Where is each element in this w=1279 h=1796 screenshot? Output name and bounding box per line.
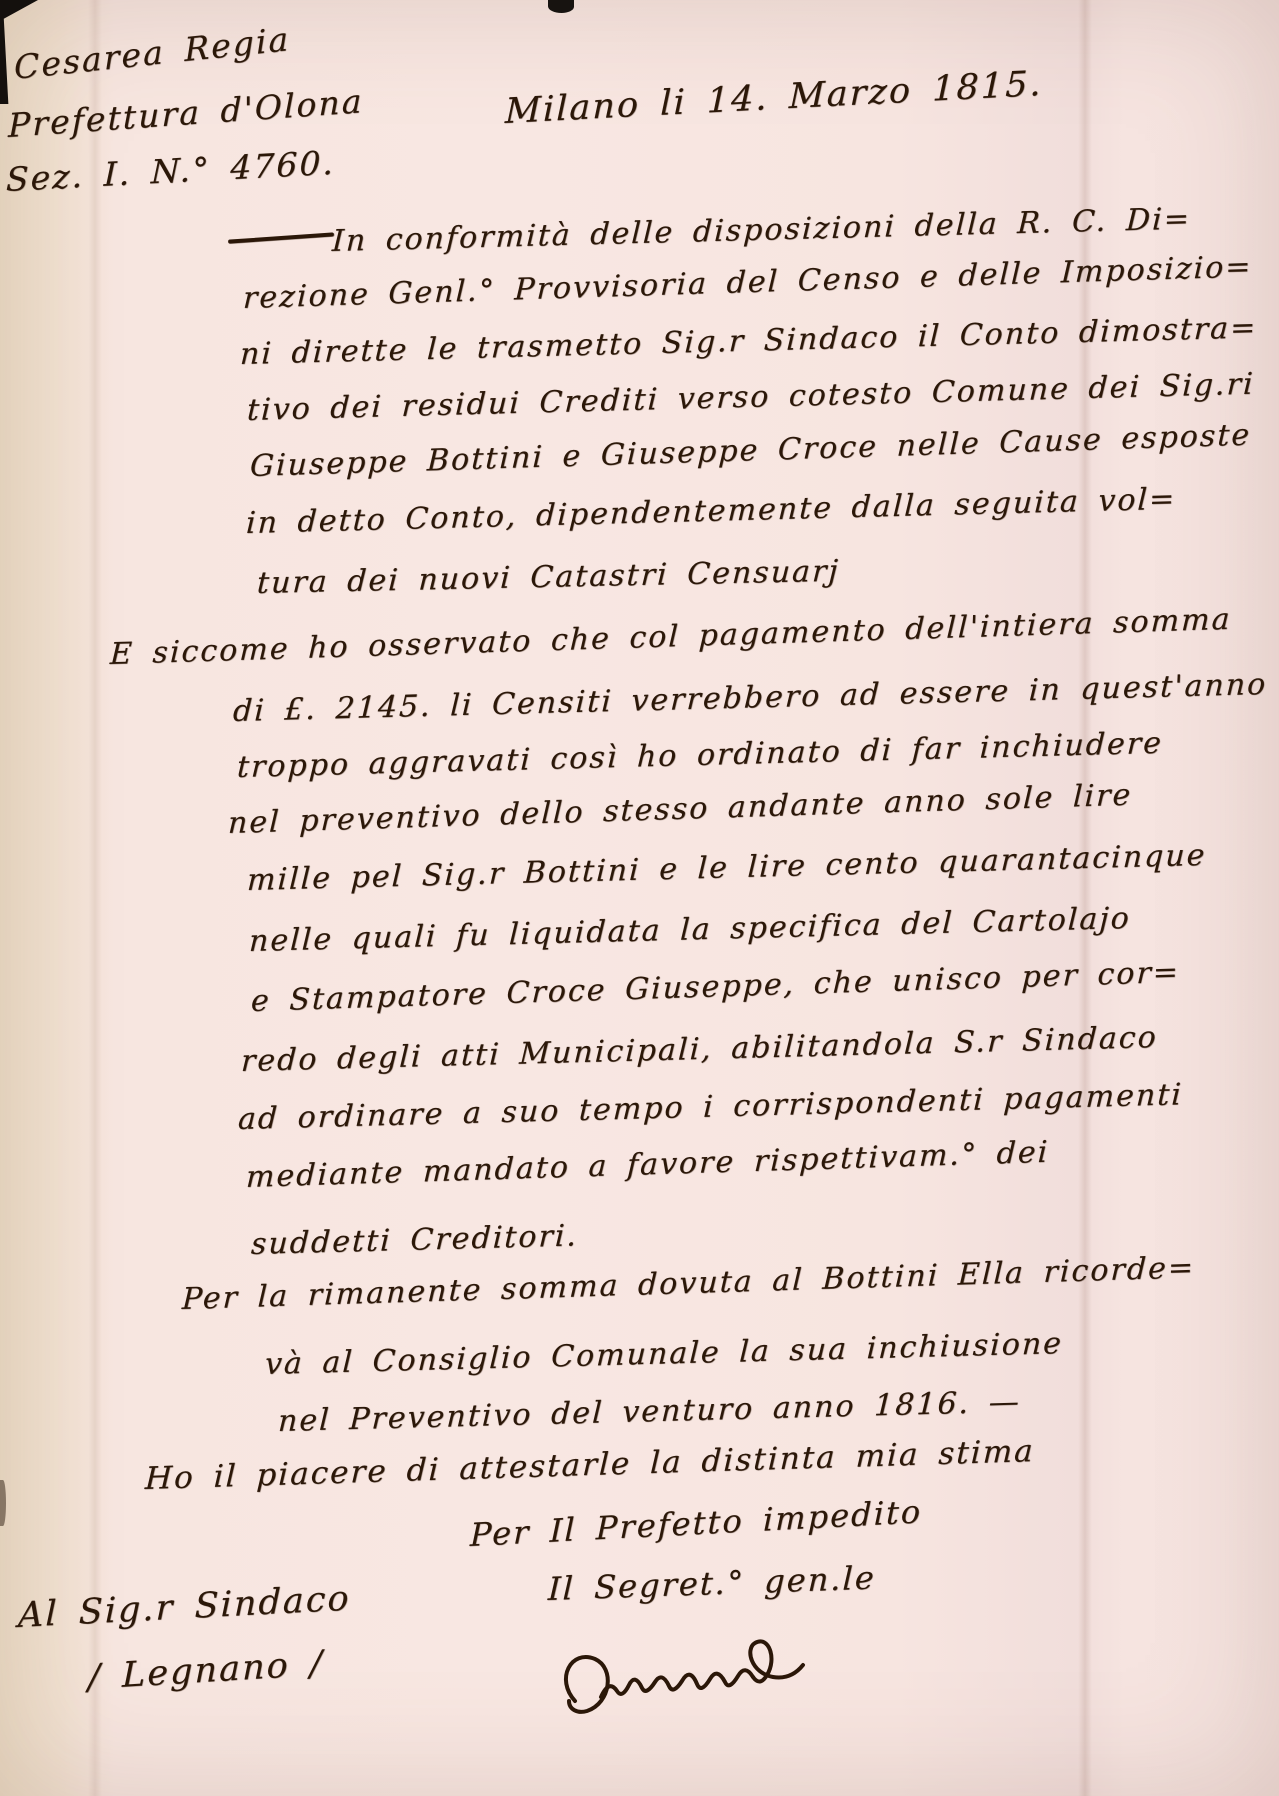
body-line: Giuseppe Bottini e Giuseppe Croce nelle … bbox=[249, 418, 1252, 484]
scan-edge-top-notch bbox=[548, 0, 574, 13]
closing-line: Ho il piacere di attestarle la distinta … bbox=[144, 1433, 1035, 1497]
body-line: nel Preventivo del venturo anno 1816. — bbox=[277, 1385, 1021, 1439]
body-line: ni dirette le trasmetto Sig.r Sindaco il… bbox=[239, 310, 1258, 372]
body-line: E siccome ho osservato che col pagamento… bbox=[109, 602, 1232, 672]
signoff-line: Per Il Prefetto impedito bbox=[470, 1492, 923, 1554]
body-line: in detto Conto, dipendentemente dalla se… bbox=[245, 482, 1177, 541]
body-line: nelle quali fu liquidata la specifica de… bbox=[248, 901, 1131, 959]
body-line: rezione Genl.° Provvisoria del Censo e d… bbox=[242, 249, 1253, 316]
letter-page: Cesarea Regia Prefettura d'Olona Sez. I.… bbox=[0, 0, 1279, 1796]
letterhead-dash-flourish bbox=[228, 232, 334, 243]
body-line: Per la rimanente somma dovuta al Bottini… bbox=[181, 1250, 1195, 1317]
body-line: nel preventivo dello stesso andante anno… bbox=[227, 778, 1133, 841]
body-line: mille pel Sig.r Bottini e le lire cento … bbox=[246, 838, 1207, 898]
letterhead-line: Prefettura d'Olona bbox=[8, 81, 363, 145]
paper-fold-crease-left bbox=[88, 0, 102, 1796]
body-line: tivo dei residui Crediti verso cotesto C… bbox=[246, 367, 1255, 428]
recipient-line: Al Sig.r Sindaco bbox=[18, 1579, 351, 1636]
recipient-line: / Legnano / bbox=[88, 1644, 324, 1698]
body-line: suddetti Creditori. bbox=[250, 1218, 579, 1262]
body-line: mediante mandato a favore rispettivam.° … bbox=[245, 1135, 1050, 1195]
letterhead-protocol-number: Sez. I. N.° 4760. bbox=[6, 143, 336, 199]
body-line: troppo aggravati così ho ordinato di far… bbox=[236, 726, 1163, 785]
signature-flourish bbox=[545, 1615, 835, 1745]
body-line: e Stampatore Croce Giuseppe, che unisco … bbox=[250, 955, 1180, 1019]
body-line: In conformità delle disposizioni della R… bbox=[331, 202, 1192, 259]
body-line: tura dei nuovi Catastri Censuarj bbox=[256, 554, 840, 601]
signoff-line: Il Segret.° gen.le bbox=[547, 1559, 876, 1608]
body-line: và al Consiglio Comunale la sua inchiusi… bbox=[264, 1326, 1064, 1382]
body-line: di £. 2145. li Censiti verrebbero ad ess… bbox=[232, 667, 1268, 729]
dateline: Milano li 14. Marzo 1815. bbox=[505, 64, 1043, 132]
body-line: ad ordinare a suo tempo i corrispondenti… bbox=[237, 1077, 1183, 1137]
letterhead-line: Cesarea Regia bbox=[13, 19, 290, 87]
body-line: redo degli atti Municipali, abilitandola… bbox=[240, 1020, 1158, 1079]
scan-edge-left-speck bbox=[0, 1480, 6, 1526]
